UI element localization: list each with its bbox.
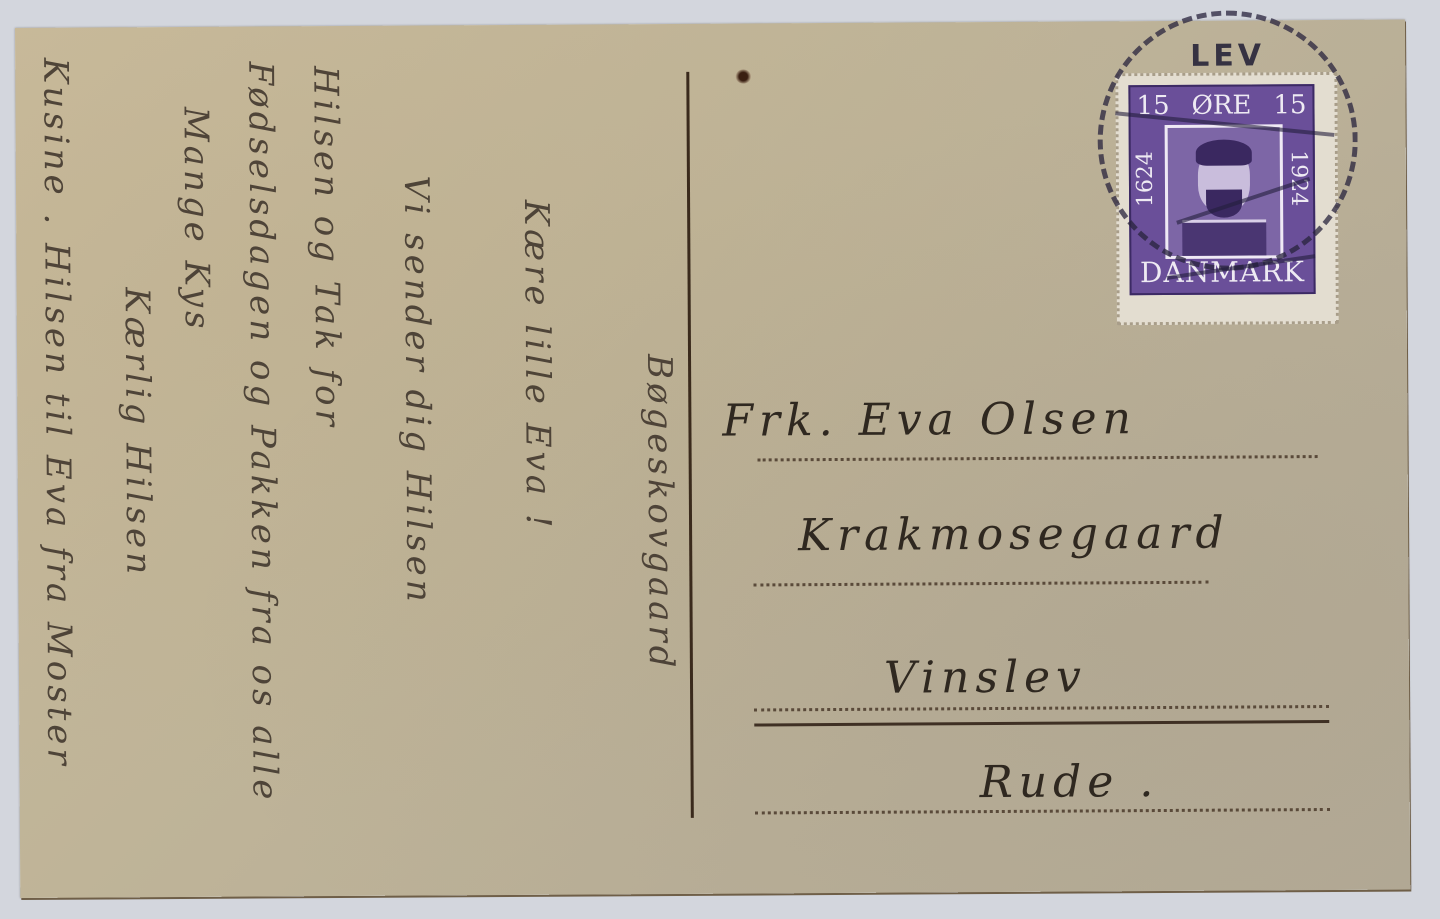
address-solid-rule: [754, 720, 1329, 727]
message-line: Vi sender dig Hilsen: [396, 175, 439, 605]
postmark-text: LEV: [1190, 38, 1265, 73]
address-line-name: Frk. Eva Olsen: [722, 393, 1137, 447]
message-line: Kære lille Eva !: [516, 200, 558, 532]
message-line: Bøgeskovgaard: [639, 354, 681, 672]
postcard: Bøgeskovgaard Kære lille Eva ! Vi sender…: [15, 20, 1410, 898]
message-line: Fødselsdagen og Pakken fra os alle: [240, 61, 285, 803]
message-line: Kærlig Hilsen: [117, 287, 159, 578]
address-dotted-rule: [755, 808, 1330, 815]
message-line: Hilsen og Tak for: [305, 66, 347, 430]
address-line-town: Vinslev: [884, 651, 1087, 703]
address-dotted-rule: [753, 581, 1208, 587]
center-divider-line: [686, 72, 694, 818]
address-line-farm: Krakmosegaard: [798, 508, 1230, 562]
address-dotted-rule: [754, 705, 1329, 712]
message-line: Kusine . Hilsen til Eva fra Moster: [35, 58, 79, 769]
address-dotted-rule: [758, 455, 1318, 461]
punch-hole: [735, 70, 751, 84]
message-line: Mange Kys: [175, 107, 216, 333]
address-line-post-town: Rude .: [979, 756, 1159, 808]
